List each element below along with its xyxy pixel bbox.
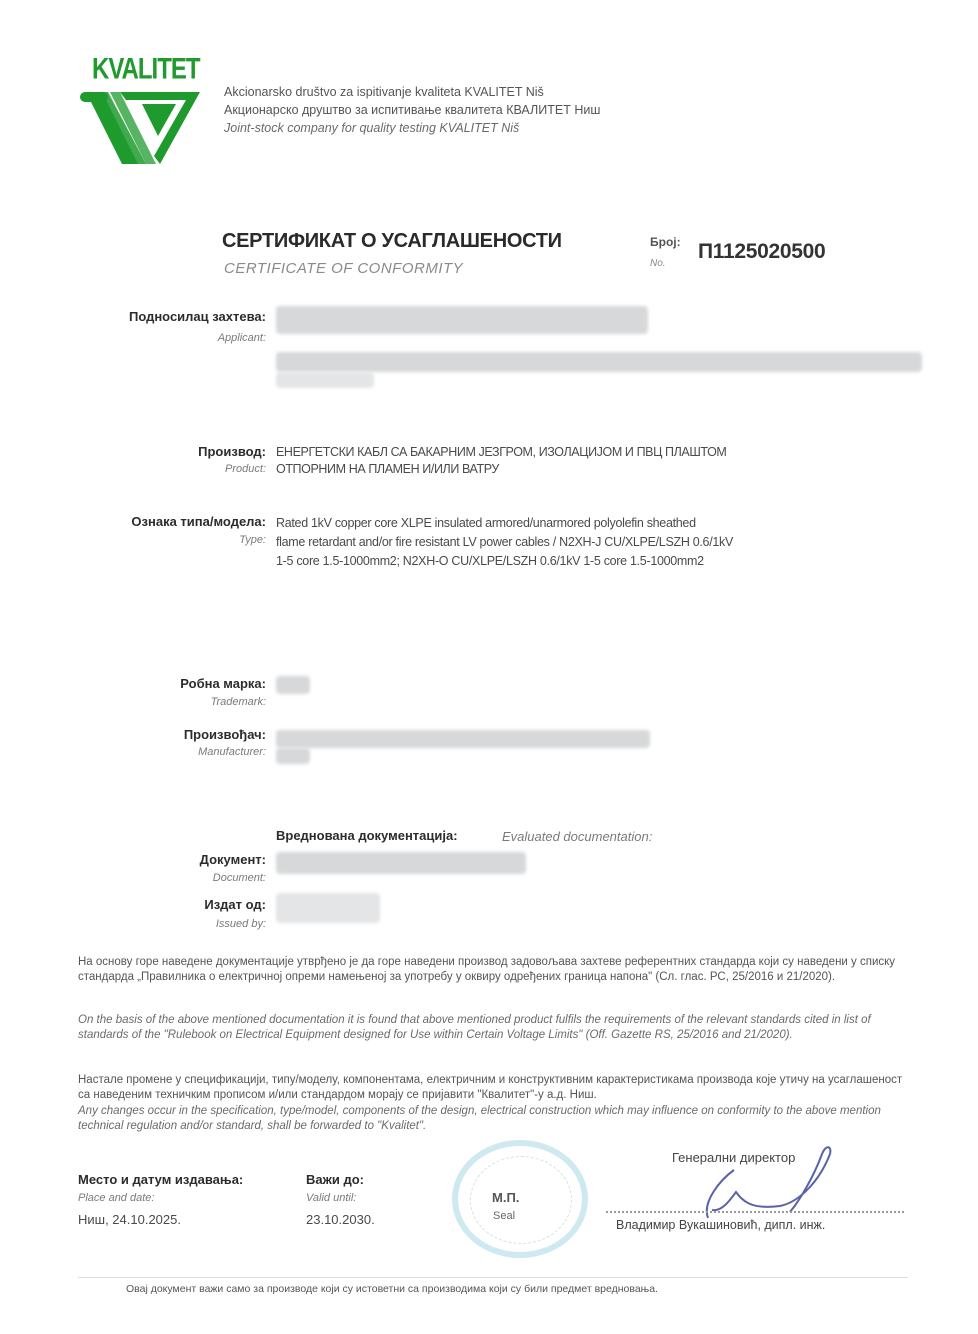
- number-label: Број:: [650, 235, 681, 249]
- documentation-heading: Вреднована документација:: [276, 828, 458, 843]
- certificate-number: П1125020500: [698, 240, 825, 264]
- type-label: Ознака типа/модела:: [131, 514, 266, 529]
- number-label-en: No.: [650, 258, 666, 269]
- company-name-cyrillic: Акционарско друштво за испитивање квалит…: [224, 103, 600, 117]
- applicant-redacted-1: [276, 306, 648, 334]
- seal-label-en: Seal: [493, 1210, 515, 1222]
- valid-until-label-en: Valid until:: [306, 1192, 356, 1204]
- certificate-title: СЕРТИФИКАТ О УСАГЛАШЕНОСТИ: [222, 230, 562, 253]
- seal-stamp-inner: [470, 1156, 572, 1244]
- signature-line: [606, 1211, 904, 1213]
- type-value-line-2: flame retardant and/or fire resistant LV…: [276, 533, 733, 551]
- statement-serbian: На основу горе наведене документације ут…: [78, 955, 908, 985]
- seal-label: М.П.: [492, 1190, 519, 1205]
- manufacturer-redacted-2: [276, 748, 310, 764]
- issued-by-redacted: [276, 893, 380, 923]
- document-label: Документ:: [200, 852, 266, 867]
- applicant-label: Подносилац захтева:: [129, 309, 266, 324]
- place-date-value: Ниш, 24.10.2025.: [78, 1211, 181, 1229]
- place-date-label: Место и датум издавања:: [78, 1172, 243, 1187]
- applicant-redacted-2: [276, 352, 922, 372]
- type-value-line-1: Rated 1kV copper core XLPE insulated arm…: [276, 514, 696, 532]
- manufacturer-label: Произвођач:: [184, 727, 266, 742]
- trademark-label-en: Trademark:: [211, 696, 266, 708]
- product-value-line-2: ОТПОРНИМ НА ПЛАМЕН И/ИЛИ ВАТРУ: [276, 460, 499, 478]
- statement-english: On the basis of the above mentioned docu…: [78, 1013, 908, 1043]
- valid-until-label: Важи до:: [306, 1172, 364, 1187]
- place-date-label-en: Place and date:: [78, 1192, 154, 1204]
- company-name-latin: Akcionarsko društvo za ispitivanje kvali…: [224, 85, 544, 99]
- valid-until-value: 23.10.2030.: [306, 1211, 375, 1229]
- product-label: Производ:: [198, 444, 266, 459]
- type-value-line-3: 1-5 core 1.5-1000mm2; N2XH-O CU/XLPE/LSZ…: [276, 552, 704, 570]
- issued-by-label: Издат од:: [204, 897, 266, 912]
- certificate-title-en: CERTIFICATE OF CONFORMITY: [224, 260, 463, 277]
- issued-by-label-en: Issued by:: [216, 918, 266, 930]
- manufacturer-label-en: Manufacturer:: [198, 746, 266, 758]
- director-name: Владимир Вукашиновић, дипл. инж.: [616, 1218, 825, 1232]
- product-value-line-1: ЕНЕРГЕТСКИ КАБЛ СА БАКАРНИМ ЈЕЗГРОМ, ИЗО…: [276, 443, 726, 461]
- product-label-en: Product:: [225, 463, 266, 475]
- signature-icon: [690, 1140, 850, 1220]
- company-name-english: Joint-stock company for quality testing …: [224, 121, 519, 135]
- type-label-en: Type:: [239, 534, 266, 546]
- trademark-redacted: [276, 676, 310, 694]
- footer-divider: [78, 1277, 908, 1278]
- document-redacted: [276, 852, 526, 874]
- trademark-label: Робна марка:: [180, 676, 266, 691]
- changes-english: Any changes occur in the specification, …: [78, 1104, 908, 1134]
- changes-serbian: Настале промене у спецификацији, типу/мо…: [78, 1073, 908, 1103]
- documentation-heading-en: Evaluated documentation:: [502, 829, 652, 844]
- document-label-en: Document:: [213, 872, 266, 884]
- footer-disclaimer: Овај документ важи само за производе кој…: [126, 1283, 658, 1295]
- applicant-redacted-3: [276, 372, 374, 388]
- applicant-label-en: Applicant:: [218, 332, 266, 344]
- manufacturer-redacted-1: [276, 730, 650, 748]
- logo-text: KVALITET: [92, 52, 200, 87]
